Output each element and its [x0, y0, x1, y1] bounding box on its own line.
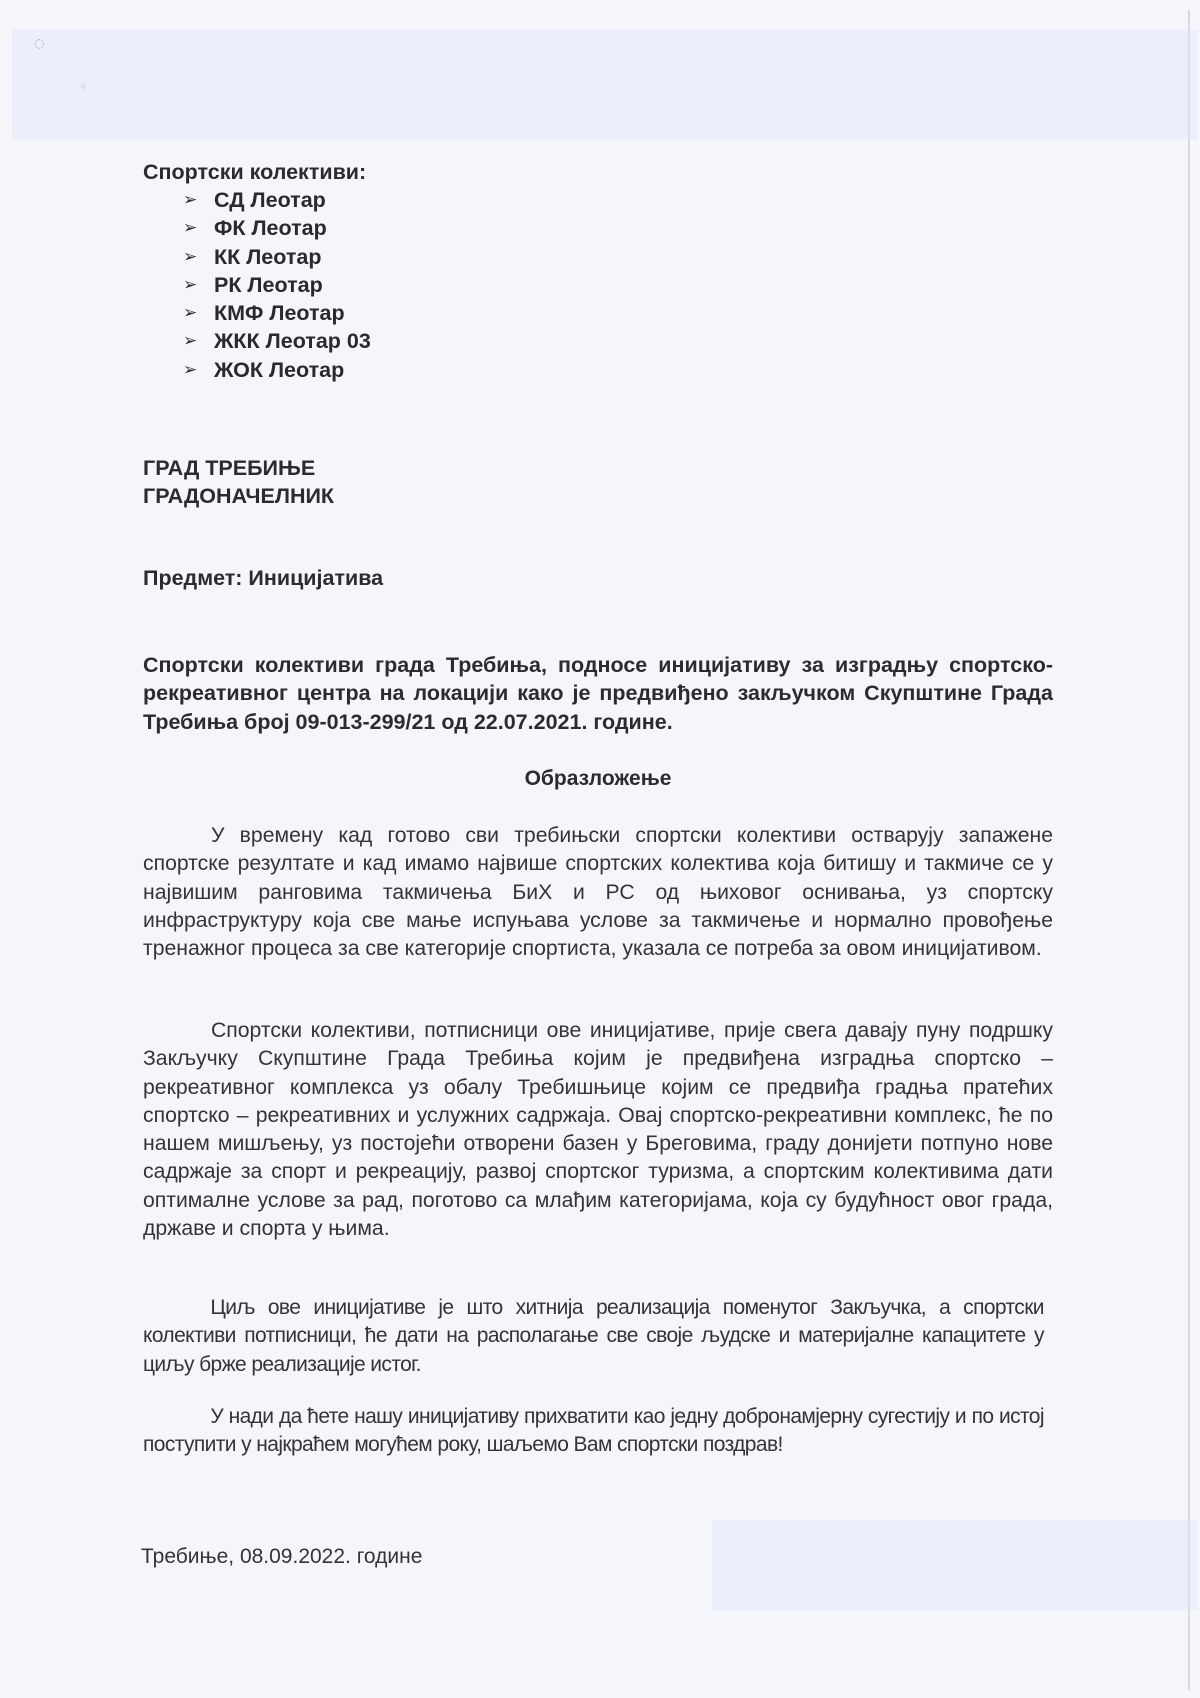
club-name: СД Леотар: [214, 186, 326, 214]
scan-tint-bottom: [712, 1520, 1198, 1610]
arrow-bullet-icon: ➢: [183, 271, 214, 299]
clubs-section: Спортски колективи: ➢СД Леотар ➢ФК Леота…: [143, 158, 371, 384]
scan-tint-top: [12, 30, 1198, 140]
arrow-bullet-icon: ➢: [183, 299, 214, 327]
arrow-bullet-icon: ➢: [183, 327, 214, 355]
club-item: ➢СД Леотар: [183, 186, 371, 214]
recipient-line-1: ГРАД ТРЕБИЊЕ: [143, 454, 334, 482]
club-name: КК Леотар: [214, 243, 321, 271]
place-date: Требиње, 08.09.2022. године: [141, 1545, 422, 1569]
scanned-page: ◌ ◦ Спортски колективи: ➢СД Леотар ➢ФК Л…: [12, 10, 1190, 1690]
subject-line: Предмет: Иницијатива: [143, 564, 383, 592]
club-name: ФК Леотар: [214, 214, 327, 242]
lead-paragraph: Спортски колективи града Требиња, поднос…: [143, 651, 1053, 736]
club-item: ➢КК Леотар: [183, 243, 371, 271]
recipient-line-2: ГРАДОНАЧЕЛНИК: [143, 482, 334, 510]
body-paragraph-1: У времену кад готово сви требињски спорт…: [143, 822, 1053, 963]
arrow-bullet-icon: ➢: [183, 214, 214, 242]
clubs-list: ➢СД Леотар ➢ФК Леотар ➢КК Леотар ➢РК Лео…: [143, 186, 371, 384]
club-item: ➢КМФ Леотар: [183, 299, 371, 327]
club-name: ЖОК Леотар: [214, 356, 344, 384]
subject-block: Предмет: Иницијатива: [143, 564, 383, 592]
section-title: Образложење: [12, 767, 1184, 791]
club-item: ➢ФК Леотар: [183, 214, 371, 242]
club-item: ➢ЖОК Леотар: [183, 356, 371, 384]
club-item: ➢ЖКК Леотар 03: [183, 327, 371, 355]
clubs-heading: Спортски колективи:: [143, 158, 371, 186]
body-paragraph-4: У нади да ћете нашу иницијативу прихвати…: [143, 1403, 1044, 1460]
club-name: КМФ Леотар: [214, 299, 345, 327]
arrow-bullet-icon: ➢: [183, 186, 214, 214]
club-name: ЖКК Леотар 03: [214, 327, 371, 355]
scan-speck: ◦: [80, 80, 87, 94]
club-name: РК Леотар: [214, 271, 323, 299]
body-paragraph-2: Спортски колективи, потписници ове иници…: [143, 1017, 1053, 1243]
arrow-bullet-icon: ➢: [183, 243, 214, 271]
recipient-block: ГРАД ТРЕБИЊЕ ГРАДОНАЧЕЛНИК: [143, 454, 334, 510]
scan-speck: ◌: [34, 36, 44, 50]
arrow-bullet-icon: ➢: [183, 356, 214, 384]
body-paragraph-3: Циљ ове иницијативе је што хитнија реали…: [143, 1294, 1044, 1379]
club-item: ➢РК Леотар: [183, 271, 371, 299]
